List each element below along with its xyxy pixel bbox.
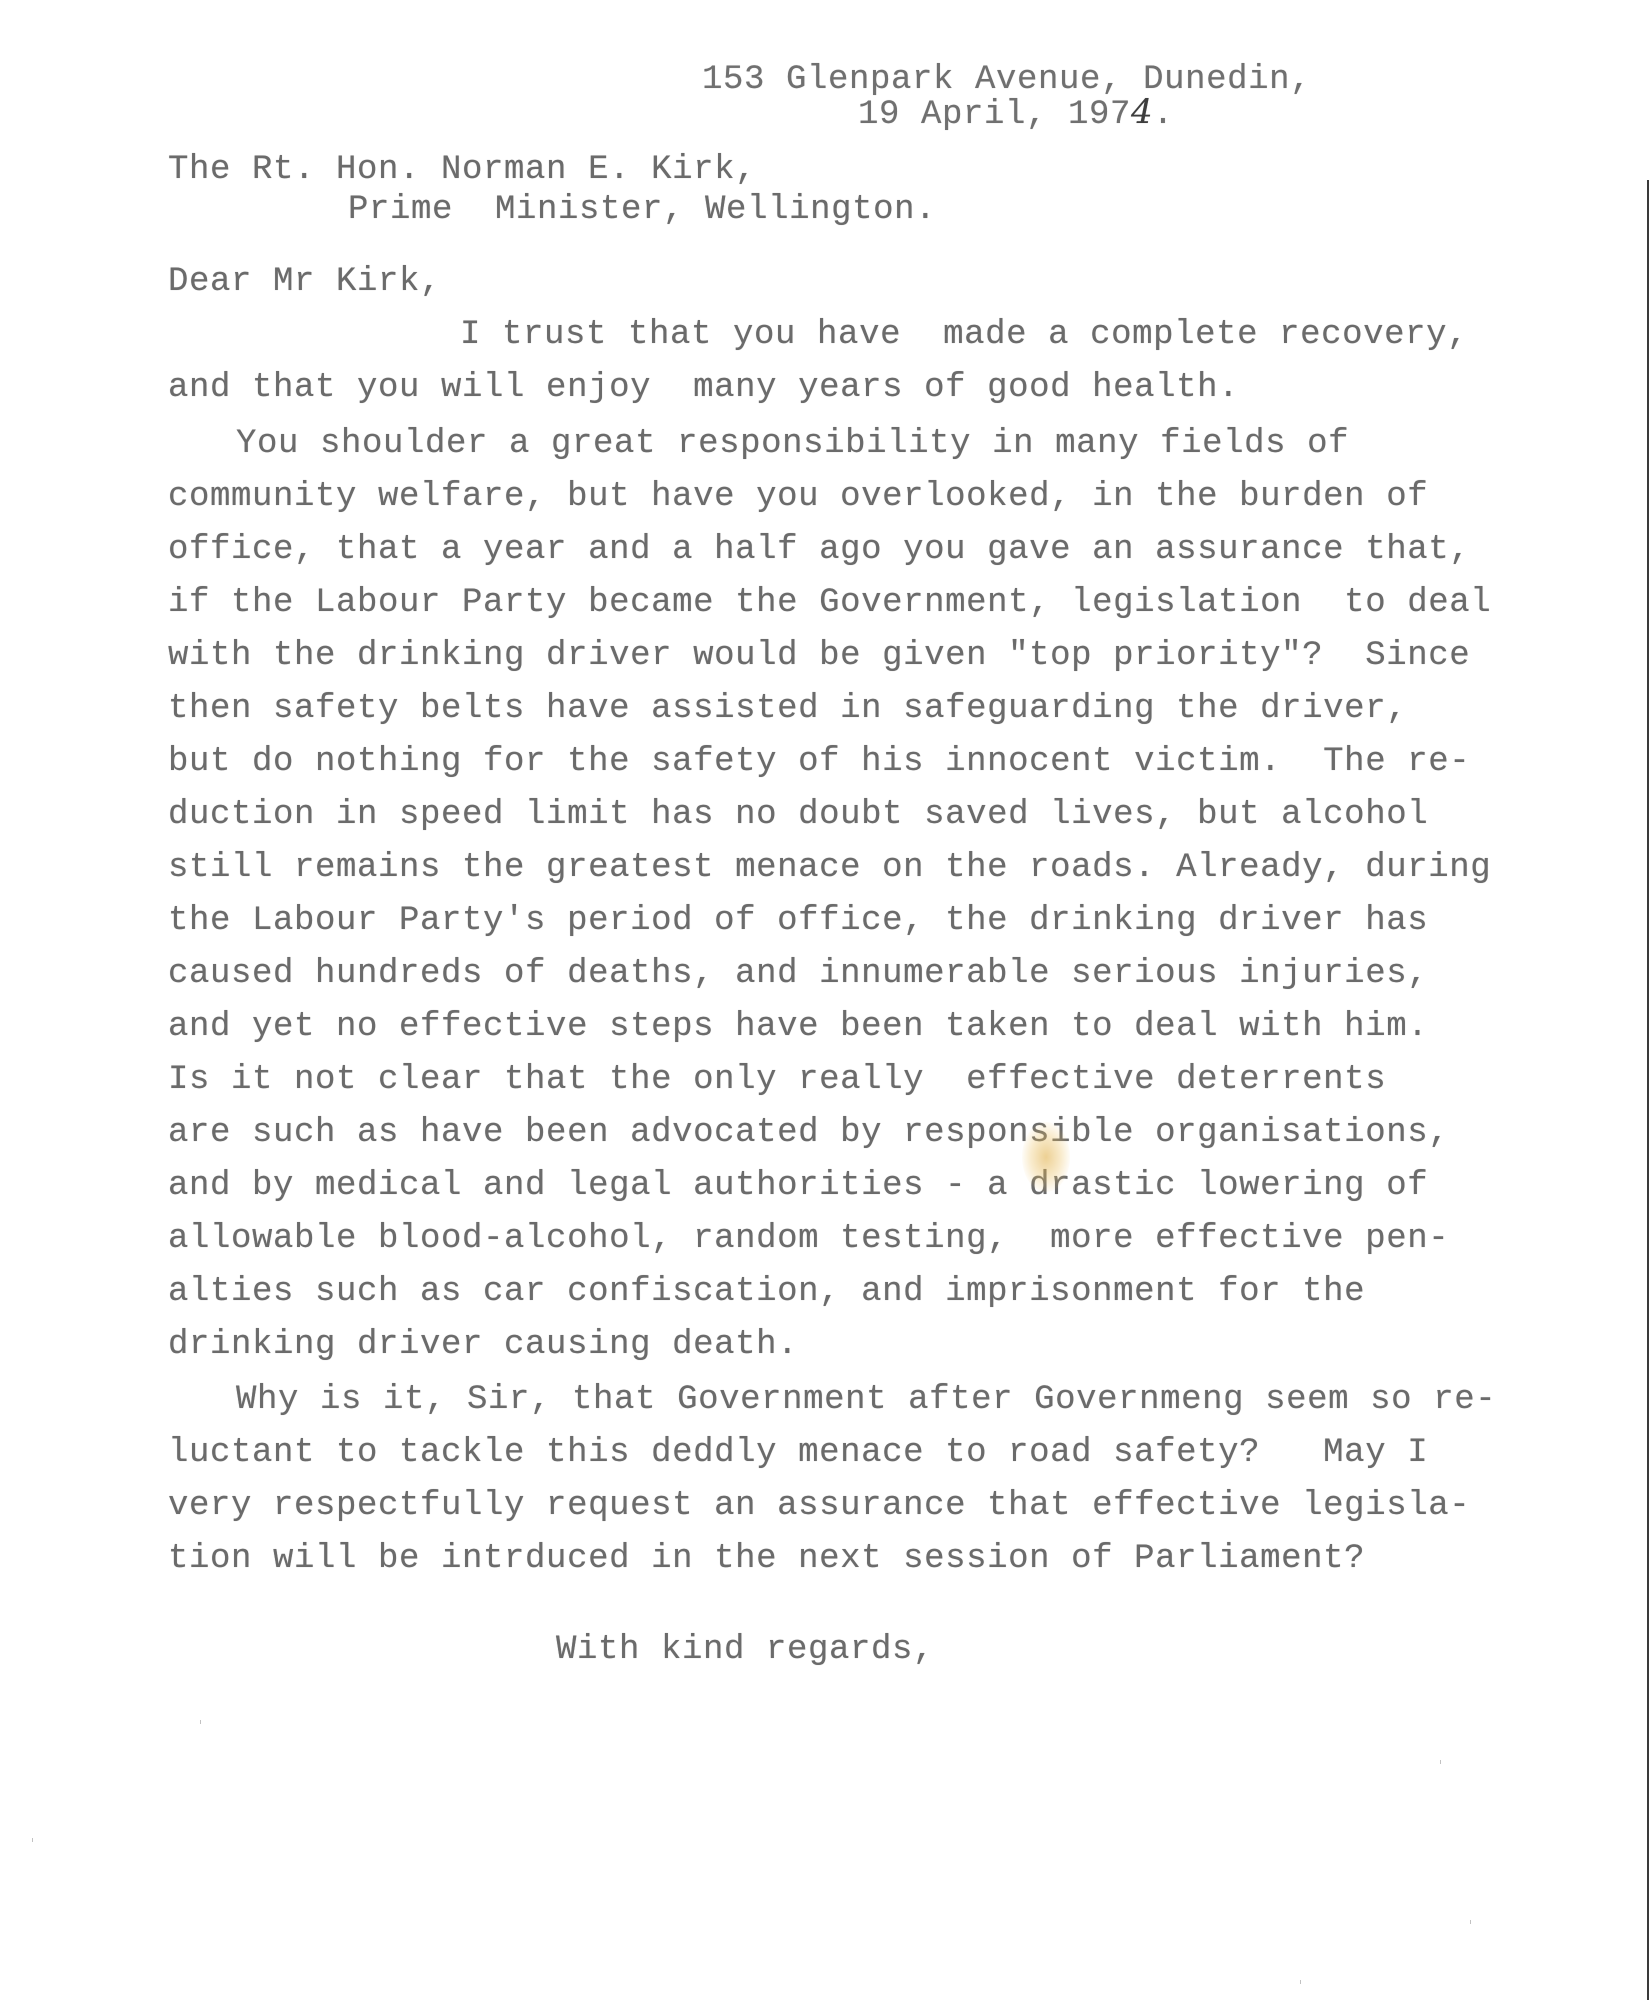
body-line: but do nothing for the safety of his inn… [168, 742, 1470, 782]
body-line: still remains the greatest menace on the… [168, 848, 1491, 888]
salutation: Dear Mr Kirk, [168, 262, 441, 302]
body-line: luctant to tackle this deddly menace to … [168, 1433, 1428, 1473]
body-line: Is it not clear that the only really eff… [168, 1060, 1386, 1100]
body-line: office, that a year and a half ago you g… [168, 530, 1470, 570]
body-line: then safety belts have assisted in safeg… [168, 689, 1407, 729]
recipient-title: Prime Minister, Wellington. [348, 190, 936, 230]
body-line: alties such as car confiscation, and imp… [168, 1272, 1365, 1312]
body-line: and yet no effective steps have been tak… [168, 1007, 1428, 1047]
letter-date-period: . [1153, 96, 1174, 134]
body-line: You shoulder a great responsibility in m… [236, 424, 1349, 464]
paper-speck [1300, 1980, 1301, 1984]
letter-date-handwritten-correction: 4 [1131, 92, 1153, 132]
paper-speck [200, 1720, 201, 1724]
body-line: and that you will enjoy many years of go… [168, 368, 1239, 408]
body-line: drinking driver causing death. [168, 1325, 798, 1365]
body-line: the Labour Party's period of office, the… [168, 901, 1428, 941]
body-line: duction in speed limit has no doubt save… [168, 795, 1428, 835]
closing: With kind regards, [556, 1630, 934, 1670]
body-line: are such as have been advocated by respo… [168, 1113, 1449, 1153]
body-line: if the Labour Party became the Governmen… [168, 583, 1491, 623]
body-line: tion will be intrduced in the next sessi… [168, 1539, 1365, 1579]
letter-page: 153 Glenpark Avenue, Dunedin, 19 April, … [0, 0, 1649, 2000]
body-line: very respectfully request an assurance t… [168, 1486, 1470, 1526]
body-line: with the drinking driver would be given … [168, 636, 1470, 676]
letter-date: 19 April, 1974. [858, 92, 1174, 135]
paper-speck [1470, 1920, 1471, 1924]
body-line: community welfare, but have you overlook… [168, 477, 1428, 517]
body-line: allowable blood-alcohol, random testing,… [168, 1219, 1449, 1259]
paper-speck [32, 1838, 33, 1842]
letter-date-typed: 19 April, 197 [858, 96, 1131, 134]
recipient-name: The Rt. Hon. Norman E. Kirk, [168, 150, 756, 190]
body-line: and by medical and legal authorities - a… [168, 1166, 1428, 1206]
body-line: Why is it, Sir, that Government after Go… [236, 1380, 1496, 1420]
body-line: caused hundreds of deaths, and innumerab… [168, 954, 1428, 994]
paper-speck [1440, 1760, 1441, 1764]
body-line: I trust that you have made a complete re… [460, 315, 1468, 355]
paper-stain [1022, 1122, 1070, 1192]
